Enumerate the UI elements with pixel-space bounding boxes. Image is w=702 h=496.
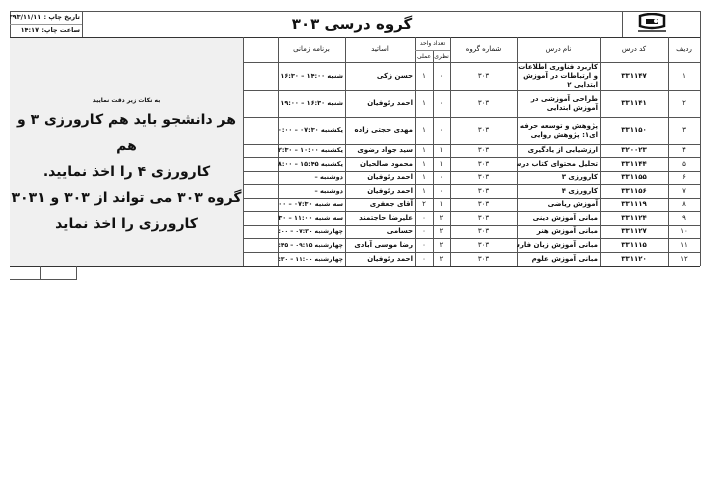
col-header-name: نام درس bbox=[517, 37, 600, 62]
cell-row-number: ۱۰ bbox=[668, 225, 700, 238]
cell-theory: ۰ bbox=[433, 171, 450, 184]
cell-group: ۳۰۳ bbox=[450, 62, 517, 90]
col-border bbox=[243, 37, 244, 266]
col-header-teachers: اساتید bbox=[345, 37, 415, 62]
cell-course-name: مبانی آموزش هنر bbox=[517, 225, 600, 238]
cell-row-number: ۵ bbox=[668, 157, 700, 171]
cell-course-name: آموزش ریاضی bbox=[517, 198, 600, 211]
cell-practical: ۰ bbox=[415, 211, 433, 225]
col-header-units: تعداد واحد bbox=[415, 37, 450, 50]
cell-course-code: ۳۳۱۱۲۷ bbox=[600, 225, 668, 238]
cell-group: ۳۰۳ bbox=[450, 252, 517, 266]
cell-practical: ۱ bbox=[415, 171, 433, 184]
cell-teacher: حسامی bbox=[345, 225, 415, 238]
cell-practical: ۲ bbox=[415, 198, 433, 211]
cell-teacher: محمود صالحیان bbox=[345, 157, 415, 171]
cell-course-code: ۳۳۱۱۲۴ bbox=[600, 211, 668, 225]
cell-teacher: احمد رئوفیان bbox=[345, 184, 415, 198]
cell-row-number: ۷ bbox=[668, 184, 700, 198]
cell-theory: ۱ bbox=[433, 198, 450, 211]
cell-course-code: ۳۳۱۱۲۰ bbox=[600, 252, 668, 266]
cell-teacher: رضا موسی آبادی bbox=[345, 238, 415, 252]
logo-divider bbox=[622, 11, 623, 37]
cell-course-code: ۳۳۱۱۴۴ bbox=[600, 157, 668, 171]
cell-theory: ۰ bbox=[433, 184, 450, 198]
cell-schedule: شنبه ۱۴:۰۰ – ۱۶:۳۰ bbox=[278, 62, 345, 90]
col-header-row: ردیف bbox=[668, 37, 700, 62]
cell-practical: ۱ bbox=[415, 90, 433, 117]
col-header-schedule: برنامه زمانی bbox=[278, 37, 345, 62]
notes-line: گروه ۳۰۳ می تواند از ۳۰۳ و ۳۰۳۱ bbox=[10, 185, 243, 211]
cell-practical: ۱ bbox=[415, 184, 433, 198]
cell-schedule: دوشنبه – bbox=[278, 184, 345, 198]
cell-row-number: ۱۱ bbox=[668, 238, 700, 252]
cell-group: ۳۰۳ bbox=[450, 90, 517, 117]
footer-divider bbox=[40, 266, 41, 279]
cell-practical: ۰ bbox=[415, 238, 433, 252]
cell-practical: ۰ bbox=[415, 225, 433, 238]
cell-theory: ۰ bbox=[433, 90, 450, 117]
cell-teacher: سید جواد رضوی bbox=[345, 144, 415, 157]
cell-group: ۳۰۳ bbox=[450, 225, 517, 238]
cell-course-name: کارورزی ۳ bbox=[517, 171, 600, 184]
cell-teacher: مهدی حجتی زاده bbox=[345, 117, 415, 144]
cell-schedule: سه شنبه ۰۷:۳۰ – ۱۱:۰۰ bbox=[278, 198, 345, 211]
cell-schedule: یکشنبه ۱۰:۰۰ – ۱۲:۳۰ bbox=[278, 144, 345, 157]
cell-group: ۳۰۳ bbox=[450, 144, 517, 157]
cell-theory: ۱ bbox=[433, 144, 450, 157]
cell-course-name: تحلیل محتوای کتاب درسی ۱ bbox=[517, 157, 600, 171]
cell-row-number: ۸ bbox=[668, 198, 700, 211]
cell-row-number: ۱ bbox=[668, 62, 700, 90]
notes-line: کارورزی ۴ را اخذ نمایید. bbox=[10, 159, 243, 185]
cell-course-code: ۳۳۱۱۴۱ bbox=[600, 90, 668, 117]
cell-group: ۳۰۳ bbox=[450, 157, 517, 171]
cell-row-number: ۴ bbox=[668, 144, 700, 157]
cell-schedule: یکشنبه ۰۷:۳۰ – ۱۰:۰۰ bbox=[278, 117, 345, 144]
cell-practical: ۱ bbox=[415, 157, 433, 171]
notes-panel: به نکات زیر دقت نمایید هر دانشجو باید هم… bbox=[10, 38, 243, 266]
cell-schedule: چهارشنبه ۰۹:۱۵ – ۱۰:۴۵ bbox=[278, 238, 345, 252]
cell-course-name: کاربرد فناوری اطلاعات و ارتباطات در آموز… bbox=[517, 62, 600, 90]
cell-course-code: ۳۳۱۱۴۷ bbox=[600, 62, 668, 90]
table-right-border bbox=[700, 11, 701, 266]
cell-course-code: ۳۳۱۱۱۹ bbox=[600, 198, 668, 211]
university-logo-icon bbox=[630, 13, 674, 35]
cell-theory: ۱ bbox=[433, 157, 450, 171]
footer-box-border bbox=[10, 279, 77, 280]
cell-teacher: آقای جعفری bbox=[345, 198, 415, 211]
cell-theory: ۲ bbox=[433, 225, 450, 238]
notes-line: هر دانشجو باید هم کارورزی ۳ و هم bbox=[10, 107, 243, 159]
cell-schedule: دوشنبه – bbox=[278, 171, 345, 184]
notes-subtitle: به نکات زیر دقت نمایید bbox=[10, 97, 243, 104]
cell-row-number: ۹ bbox=[668, 211, 700, 225]
cell-teacher: علیرضا حاجتمند bbox=[345, 211, 415, 225]
cell-theory: ۲ bbox=[433, 211, 450, 225]
cell-course-name: ارزشیابی از یادگیری bbox=[517, 144, 600, 157]
cell-schedule: شنبه ۱۶:۳۰ – ۱۹:۰۰ bbox=[278, 90, 345, 117]
cell-row-number: ۱۲ bbox=[668, 252, 700, 266]
cell-course-name: مبانی آموزش علوم bbox=[517, 252, 600, 266]
cell-course-code: ۳۳۱۱۵۰ bbox=[600, 117, 668, 144]
cell-practical: ۱ bbox=[415, 62, 433, 90]
cell-course-code: ۳۲۰۰۲۳ bbox=[600, 144, 668, 157]
cell-row-number: ۶ bbox=[668, 171, 700, 184]
cell-row-number: ۲ bbox=[668, 90, 700, 117]
col-header-theory: نظری bbox=[433, 50, 450, 62]
cell-course-code: ۳۳۱۱۱۵ bbox=[600, 238, 668, 252]
cell-course-name: پژوهش و توسعه حرفه ای۱: پژوهش روایی bbox=[517, 117, 600, 144]
cell-theory: ۰ bbox=[433, 62, 450, 90]
cell-course-code: ۳۳۱۱۵۵ bbox=[600, 171, 668, 184]
cell-group: ۳۰۳ bbox=[450, 117, 517, 144]
table-bottom-border bbox=[10, 266, 700, 267]
cell-teacher: احمد رئوفیان bbox=[345, 171, 415, 184]
cell-theory: ۲ bbox=[433, 252, 450, 266]
cell-teacher: حسن زکی bbox=[345, 62, 415, 90]
cell-schedule: چهارشنبه ۰۷:۳۰ – ۰۹:۰۰ bbox=[278, 225, 345, 238]
cell-practical: ۱ bbox=[415, 144, 433, 157]
cell-theory: ۰ bbox=[433, 117, 450, 144]
cell-group: ۳۰۳ bbox=[450, 184, 517, 198]
page-title: گروه درسی ۳۰۳ bbox=[82, 11, 622, 37]
print-time: ساعت چاپ: ۱۴:۱۷ bbox=[10, 24, 82, 37]
cell-course-name: مبانی آموزش زبان فارسی bbox=[517, 238, 600, 252]
cell-group: ۳۰۳ bbox=[450, 238, 517, 252]
cell-teacher: احمد رئوفیان bbox=[345, 252, 415, 266]
col-header-practical: عملی bbox=[415, 50, 433, 62]
cell-practical: ۱ bbox=[415, 117, 433, 144]
cell-practical: ۰ bbox=[415, 252, 433, 266]
cell-teacher: احمد رئوفیان bbox=[345, 90, 415, 117]
cell-schedule: سه شنبه ۱۱:۰۰ – ۱۲:۳۰ bbox=[278, 211, 345, 225]
cell-course-name: طراحی آموزشی در آموزش ابتدایی bbox=[517, 90, 600, 117]
print-date: تاریخ چاپ : ۱۳۹۳/۱۱/۱۱ bbox=[10, 11, 82, 24]
footer-divider bbox=[76, 266, 77, 279]
cell-group: ۳۰۳ bbox=[450, 171, 517, 184]
col-header-code: کد درس bbox=[600, 37, 668, 62]
cell-course-code: ۳۳۱۱۵۶ bbox=[600, 184, 668, 198]
notes-line: کارورزی را اخذ نماید bbox=[10, 211, 243, 237]
cell-schedule: چهارشنبه ۱۱:۰۰ – ۱۲:۳۰ bbox=[278, 252, 345, 266]
cell-schedule: یکشنبه ۱۵:۴۵ – ۱۸:۰۰ bbox=[278, 157, 345, 171]
col-header-group: شماره گروه bbox=[450, 37, 517, 62]
cell-course-name: مبانی آموزش دینی bbox=[517, 211, 600, 225]
cell-group: ۳۰۳ bbox=[450, 198, 517, 211]
cell-row-number: ۳ bbox=[668, 117, 700, 144]
cell-course-name: کارورزی ۴ bbox=[517, 184, 600, 198]
cell-group: ۳۰۳ bbox=[450, 211, 517, 225]
cell-theory: ۲ bbox=[433, 238, 450, 252]
